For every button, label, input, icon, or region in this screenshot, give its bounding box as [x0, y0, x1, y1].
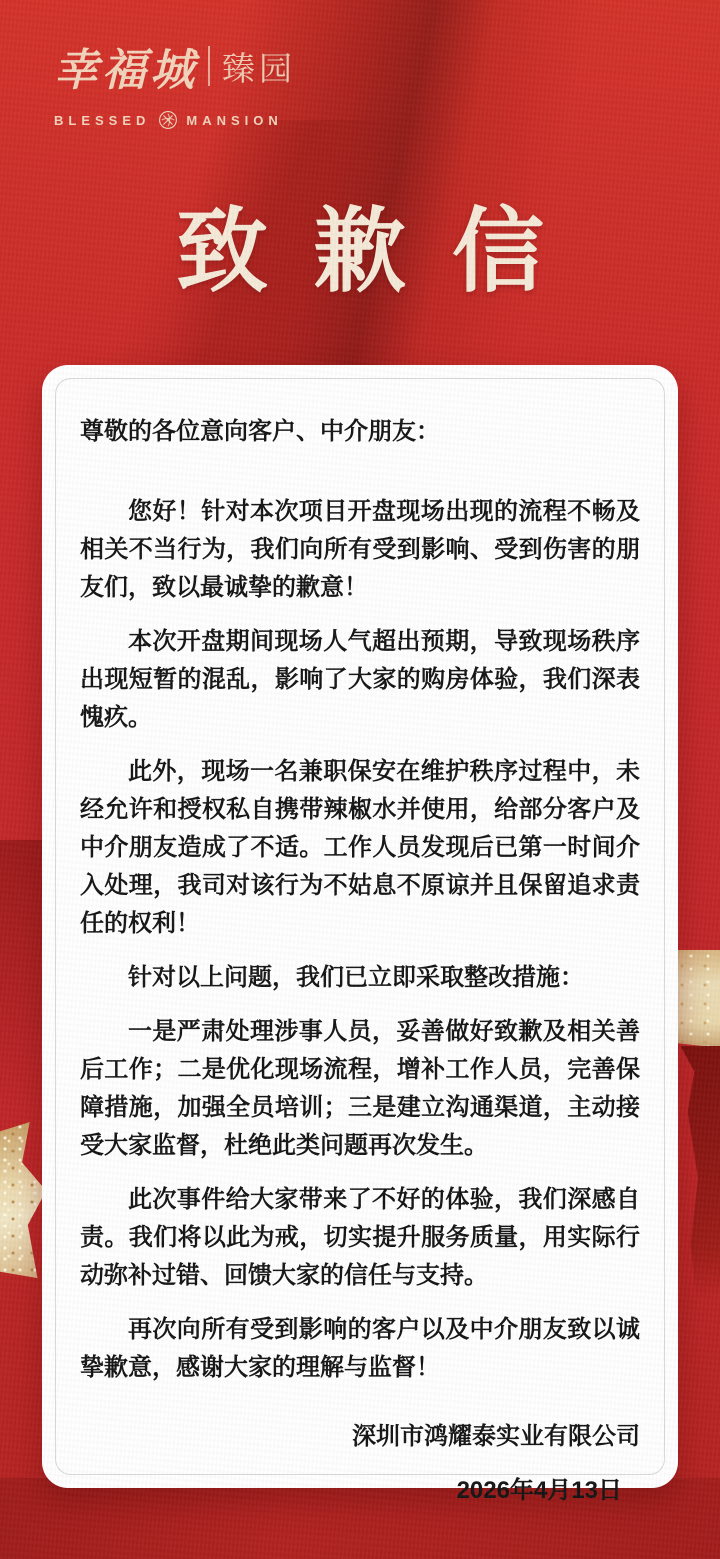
brand-en-left: BLESSED	[54, 113, 150, 128]
brand-name-primary: 幸福城	[54, 34, 198, 98]
paragraph-self-reproach: 此次事件给大家带来了不好的体验，我们深感自责。我们将以此为戒，切实提升服务质量，…	[80, 1181, 640, 1295]
logo-divider	[208, 46, 210, 86]
paragraph-greeting-apology: 您好！针对本次项目开盘现场出现的流程不畅及相关不当行为，我们向所有受到影响、受到…	[80, 493, 640, 607]
paragraph-final-apology: 再次向所有受到影响的客户以及中介朋友致以诚挚歉意，感谢大家的理解与监督！	[80, 1311, 640, 1387]
letter-card: 尊敬的各位意向客户、中介朋友： 您好！针对本次项目开盘现场出现的流程不畅及相关不…	[42, 365, 678, 1488]
apology-poster: 幸福城 臻园 BLESSED MANSION 致歉信 尊敬的各位意向客户、中介朋…	[0, 0, 720, 1559]
signature-block: 深圳市鸿耀泰实业有限公司 2026年4月13日	[80, 1415, 640, 1513]
knot-seal-icon	[158, 110, 178, 130]
page-title: 致歉信	[0, 178, 720, 310]
salutation: 尊敬的各位意向客户、中介朋友：	[80, 413, 640, 451]
paragraph-security-incident: 此外，现场一名兼职保安在维护秩序过程中，未经允许和授权私自携带辣椒水并使用，给部…	[80, 753, 640, 943]
signature-company: 深圳市鸿耀泰实业有限公司	[80, 1415, 640, 1459]
brand-logo: 幸福城 臻园 BLESSED MANSION	[54, 34, 296, 130]
letter-body: 尊敬的各位意向客户、中介朋友： 您好！针对本次项目开盘现场出现的流程不畅及相关不…	[80, 413, 640, 1513]
left-edge-shade	[0, 840, 46, 1140]
gold-brush-accent-left	[0, 1122, 48, 1278]
paragraph-measures-list: 一是严肃处理涉事人员，妥善做好致歉及相关善后工作；二是优化现场流程，增补工作人员…	[80, 1013, 640, 1165]
signature-date: 2026年4月13日	[80, 1469, 622, 1513]
brand-name-secondary: 臻园	[222, 43, 296, 90]
maroon-brush-accent-right	[674, 1046, 720, 1300]
paragraph-crowd-disorder: 本次开盘期间现场人气超出预期，导致现场秩序出现短暂的混乱，影响了大家的购房体验，…	[80, 623, 640, 737]
brand-logo-chinese: 幸福城 臻园	[54, 34, 296, 98]
brand-en-right: MANSION	[186, 113, 282, 128]
brand-logo-english: BLESSED MANSION	[54, 110, 296, 130]
paragraph-measures-intro: 针对以上问题，我们已立即采取整改措施：	[80, 959, 640, 997]
